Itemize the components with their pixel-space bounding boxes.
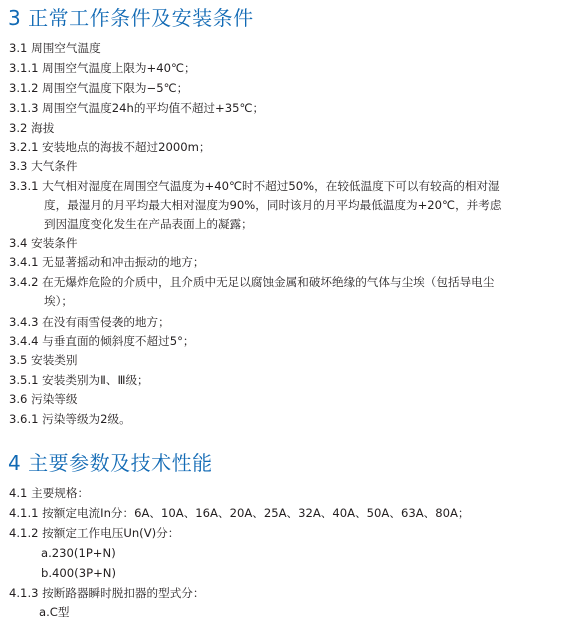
clause-3-2: 3.2 海拔 xyxy=(9,121,54,136)
clause-3-2-1: 3.2.1 安装地点的海拔不超过2000m； xyxy=(9,140,211,155)
clause-3-3-1-cont-2: 到因温度变化发生在产品表面上的凝露； xyxy=(44,217,253,232)
trip-type-option-a: a.C型 xyxy=(39,605,69,620)
clause-4-1-3: 4.1.3 按断路器瞬时脱扣器的型式分： xyxy=(9,586,205,601)
clause-3-1: 3.1 周围空气温度 xyxy=(9,41,101,56)
clause-4-1: 4.1 主要规格： xyxy=(9,486,89,501)
clause-3-6-1: 3.6.1 污染等级为2级。 xyxy=(9,412,131,427)
clause-4-1-1: 4.1.1 按额定电流In分：6A、10A、16A、20A、25A、32A、40… xyxy=(9,506,470,521)
clause-4-1-2: 4.1.2 按额定工作电压Un(V)分： xyxy=(9,526,179,541)
section-4-heading: 4 主要参数及技术性能 xyxy=(8,451,213,475)
clause-3-3-1: 3.3.1 大气相对湿度在周围空气温度为+40℃时不超过50%，在较低温度下可以… xyxy=(9,179,500,194)
clause-3-4-2-cont: 埃）； xyxy=(44,294,73,309)
clause-3-3-1-cont-1: 度，最湿月的月平均最大相对湿度为90%，同时该月的月平均最低温度为+20℃，并考… xyxy=(44,198,501,213)
clause-3-1-2: 3.1.2 周围空气温度下限为−5℃； xyxy=(9,81,188,96)
clause-3-5-1: 3.5.1 安装类别为Ⅱ、Ⅲ级； xyxy=(9,373,149,388)
voltage-option-b: b.400(3P+N) xyxy=(41,566,116,581)
voltage-option-a: a.230(1P+N) xyxy=(41,546,116,561)
clause-3-4: 3.4 安装条件 xyxy=(9,236,78,251)
section-3-heading: 3 正常工作条件及安装条件 xyxy=(8,6,254,30)
clause-3-5: 3.5 安装类别 xyxy=(9,353,78,368)
clause-3-4-1: 3.4.1 无显著摇动和冲击振动的地方； xyxy=(9,255,205,270)
clause-3-4-4: 3.4.4 与垂直面的倾斜度不超过5°； xyxy=(9,334,194,349)
clause-3-3: 3.3 大气条件 xyxy=(9,159,78,174)
clause-3-6: 3.6 污染等级 xyxy=(9,392,78,407)
clause-3-1-1: 3.1.1 周围空气温度上限为+40℃； xyxy=(9,61,196,76)
clause-3-1-3: 3.1.3 周围空气温度24h的平均值不超过+35℃； xyxy=(9,101,264,116)
clause-3-4-2: 3.4.2 在无爆炸危险的介质中，且介质中无足以腐蚀金属和破坏绝缘的气体与尘埃（… xyxy=(9,275,494,290)
clause-3-4-3: 3.4.3 在没有雨雪侵袭的地方； xyxy=(9,315,170,330)
